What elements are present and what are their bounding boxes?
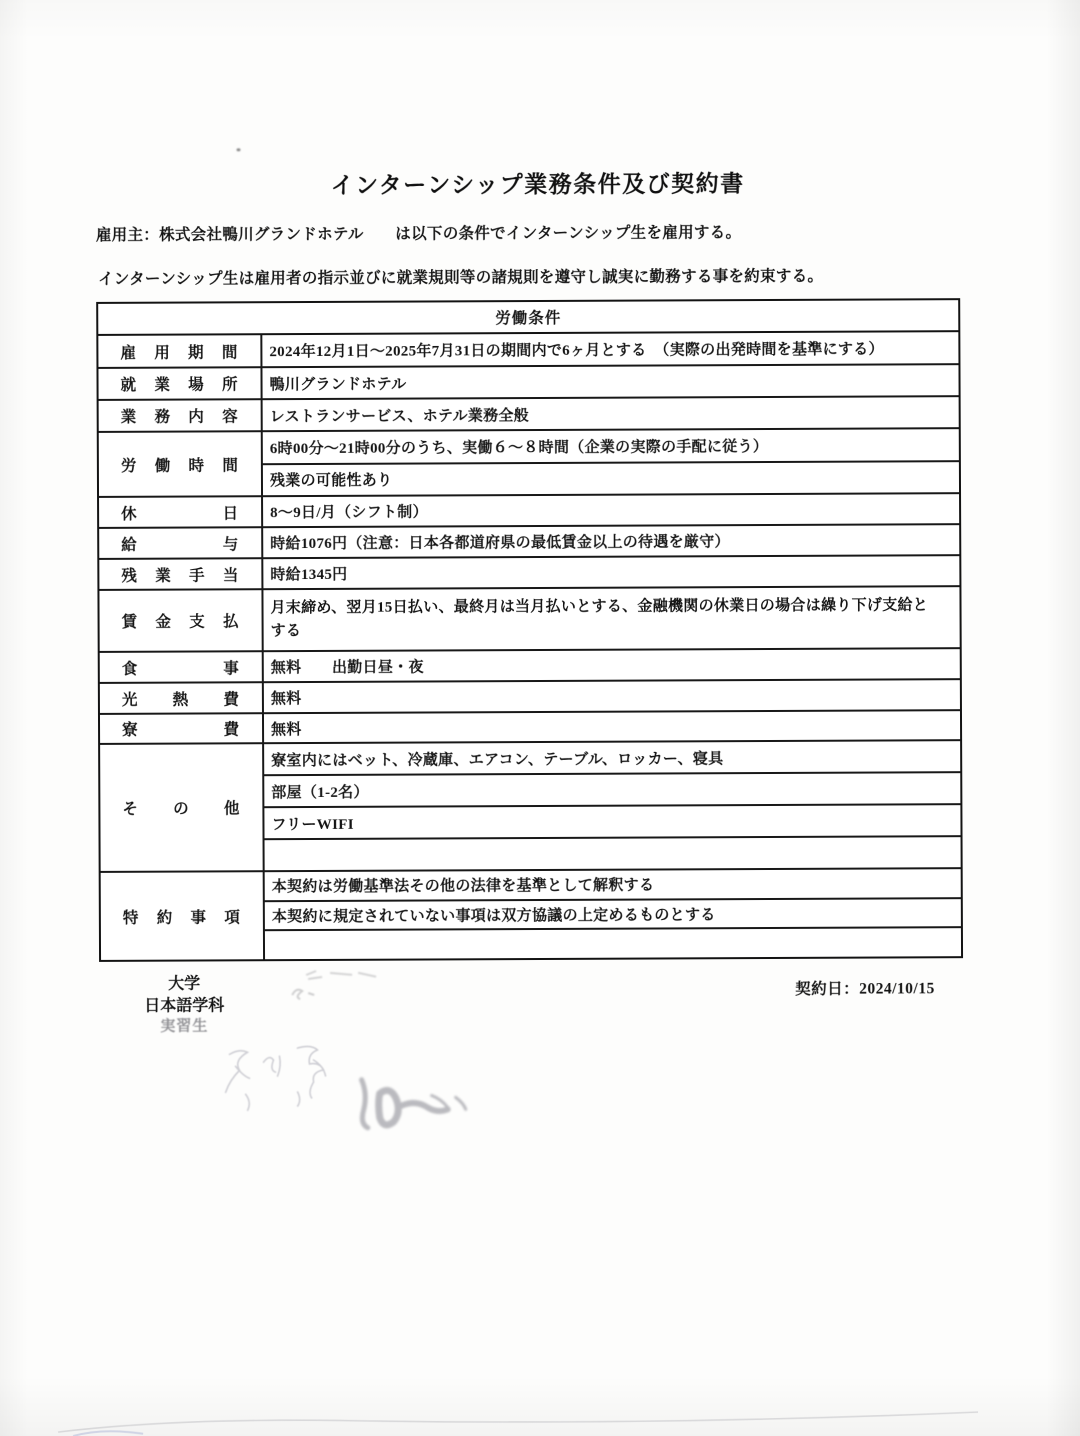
page-content: インターンシップ業務条件及び契約書 雇用主：株式会社鴨川グランドホテル は以下の…: [0, 0, 1080, 1436]
table-row: その他 寮室内にはベット、冷蔵庫、エアコン、テーブル、ロッカー、寝具 部屋（1-…: [100, 741, 961, 873]
row-value: 本契約に規定されていない事項は双方協議の上定めるものとする: [265, 899, 961, 932]
row-value: [265, 837, 961, 870]
row-value: 鴨川グランドホテル: [262, 365, 958, 398]
table-row: 休日 8～9日/月（シフト制）: [99, 494, 959, 529]
row-value: [265, 929, 961, 960]
department-label: 日本語学科: [129, 995, 239, 1017]
table-row: 業務内容 レストランサービス、ホテル業務全般: [99, 397, 959, 433]
row-value: 寮室内にはベット、冷蔵庫、エアコン、テーブル、ロッカー、寝具: [264, 741, 960, 776]
row-label: 光熱費: [100, 683, 264, 713]
table-row: 労働時間 6時00分～21時00分のうち、実働６～８時間（企業の実際の手配に従う…: [99, 429, 959, 498]
table-row: 光熱費 無料: [100, 680, 960, 715]
row-value: 本契約は労働基準法その他の法律を基準として解釈する: [265, 869, 961, 902]
trainee-label: 実習生: [129, 1017, 239, 1038]
pledge-line: インターンシップ生は雇用者の指示並びに就業規則等の諸規則を遵守し誠実に勤務する事…: [98, 264, 823, 289]
table-row: 残業手当 時給1345円: [99, 556, 959, 591]
labor-conditions-table: 労働条件 雇用期間 2024年12月1日～2025年7月31日の期間内で6ヶ月と…: [96, 298, 963, 962]
table-row: 特約事項 本契約は労働基準法その他の法律を基準として解釈する 本契約に規定されて…: [101, 869, 961, 960]
row-value: 無料: [264, 680, 960, 712]
table-row: 給与 時給1076円（注意：日本各都道府県の最低賃金以上の待遇を厳守）: [99, 525, 959, 560]
table-row: 雇用期間 2024年12月1日～2025年7月31日の期間内で6ヶ月とする （実…: [98, 332, 958, 369]
row-value: 時給1345円: [263, 556, 959, 588]
row-label: 就業場所: [98, 368, 262, 399]
row-label: 寮費: [100, 714, 264, 743]
row-label: 給与: [99, 528, 263, 558]
row-value: レストランサービス、ホテル業務全般: [263, 397, 959, 430]
row-label: 労働時間: [99, 432, 263, 496]
table-row: 賃金支払 月末締め、翌月15日払い、最終月は当月払いとする、金融機関の休業日の場…: [99, 587, 959, 653]
page-title: インターンシップ業務条件及び契約書: [0, 164, 1078, 202]
row-value: 無料 出勤日昼・夜: [264, 649, 960, 681]
row-value: 部屋（1-2名）: [264, 773, 960, 808]
employer-line: 雇用主：株式会社鴨川グランドホテル は以下の条件でインターンシップ生を雇用する。: [96, 220, 741, 245]
row-label: 雇用期間: [98, 335, 262, 367]
scan-speck: [237, 148, 241, 151]
table-row: 食事 無料 出勤日昼・夜: [100, 649, 960, 684]
scanned-page: インターンシップ業務条件及び契約書 雇用主：株式会社鴨川グランドホテル は以下の…: [0, 0, 1080, 1436]
signer-block: 大学 日本語学科 実習生: [129, 973, 239, 1037]
table-header: 労働条件: [98, 300, 958, 336]
table-row: 寮費 無料: [100, 711, 960, 745]
row-value: 無料: [264, 711, 960, 742]
row-label: 特約事項: [101, 872, 265, 960]
scan-edge-line: [3, 1398, 1080, 1436]
handwritten-signature: [201, 1036, 401, 1127]
row-label: 残業手当: [99, 559, 263, 589]
row-value: 6時00分～21時00分のうち、実働６～８時間（企業の実際の手配に従う）: [263, 429, 959, 465]
contract-date: 契約日：2024/10/15: [795, 976, 935, 999]
row-label: 業務内容: [99, 400, 263, 431]
row-value: 時給1076円（注意：日本各都道府県の最低賃金以上の待遇を厳守）: [263, 525, 959, 557]
university-label: 大学: [129, 973, 239, 995]
row-label: 賃金支払: [99, 590, 263, 651]
ink-smudge: [332, 1065, 502, 1141]
row-value: フリーWIFI: [264, 805, 960, 840]
row-value: 2024年12月1日～2025年7月31日の期間内で6ヶ月とする （実際の出発時…: [262, 332, 958, 366]
table-row: 就業場所 鴨川グランドホテル: [98, 365, 958, 401]
faint-stamp: [286, 962, 466, 1013]
row-label: 休日: [99, 497, 263, 527]
row-value: 月末締め、翌月15日払い、最終月は当月払いとする、金融機関の休業日の場合は繰り下…: [263, 587, 959, 650]
row-label: 食事: [100, 652, 264, 682]
row-value: 8～9日/月（シフト制）: [263, 494, 959, 526]
row-value: 残業の可能性あり: [263, 462, 959, 496]
row-label: その他: [100, 744, 265, 871]
